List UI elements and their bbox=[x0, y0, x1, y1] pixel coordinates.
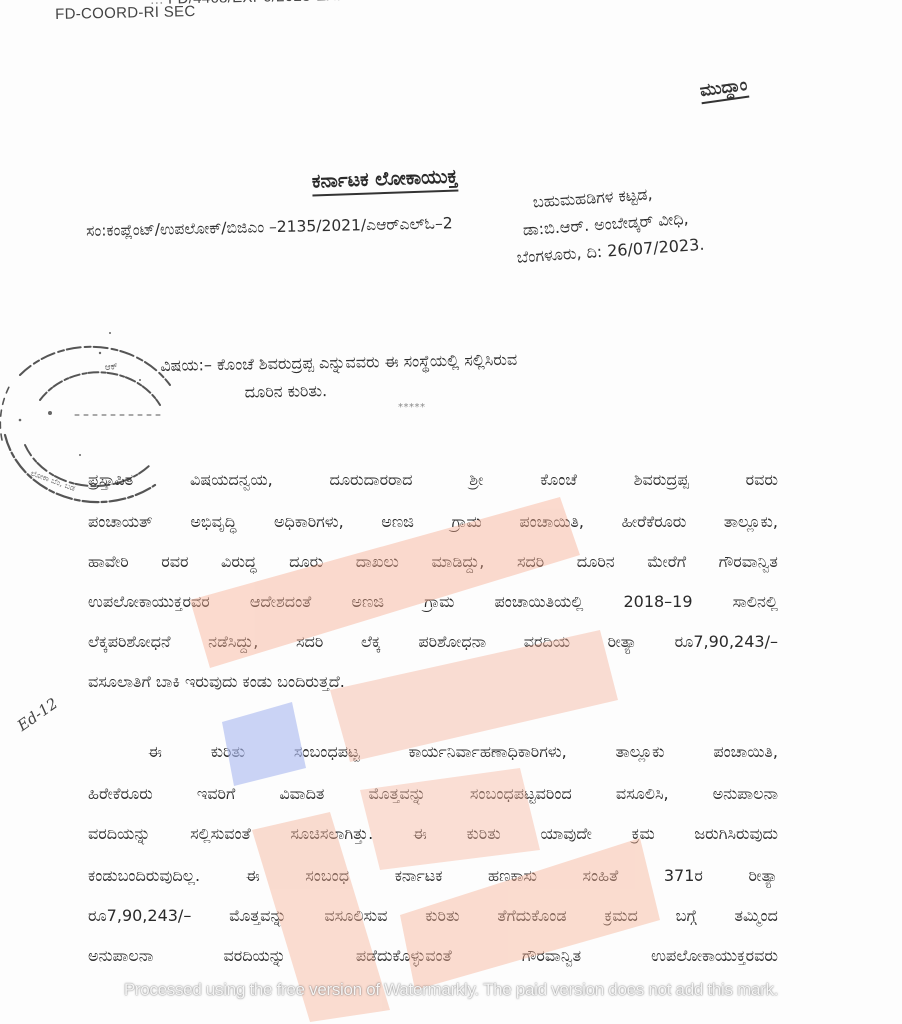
paragraph-line: ವರದಿಯನ್ನುಸಲ್ಲಿಸುವಂತೆಸೂಚಿಸಲಾಗಿತ್ತು.ಈಕುರಿತ… bbox=[88, 824, 778, 844]
paragraph-line: ಕಂಡುಬಂದಿರುವುದಿಲ್ಲ.ಈಸಂಬಂಧಕರ್ನಾಟಕಹಣಕಾಸುಸಂಹ… bbox=[88, 866, 778, 886]
watermark-footer-text: Processed using the free version of Wate… bbox=[0, 980, 902, 1000]
paragraph-line: ಹಿರೇಕೆರೂರುಇವರಿಗೆವಿವಾದಿತಮೊತ್ತವನ್ನುಸಂಬಂಧಪಟ… bbox=[88, 784, 778, 804]
separator-stars: ***** bbox=[398, 402, 426, 413]
paragraph-line: ಅನುಪಾಲನಾವರದಿಯನ್ನುಪಡೆದುಕೊಳ್ಳುವಂತೆಗೌರವಾನ್ವ… bbox=[88, 946, 778, 966]
subject-text: ಕೊಂಚೆ ಶಿವರುದ್ರಪ್ಪ ಎನ್ನುವವರು ಈ ಸಂಸ್ಥೆಯಲ್ಲ… bbox=[217, 350, 517, 374]
paragraph-line: ರೂ7,90,243/–ಮೊತ್ತವನ್ನುವಸೂಲಿಸುವಕುರಿತುತೆಗೆ… bbox=[88, 906, 778, 926]
paragraph-line: ಉಪಲೋಕಾಯುಕ್ತರವರಆದೇಶದಂತೆಅಣಜಿಗ್ರಾಮಪಂಚಾಯಿತಿಯ… bbox=[88, 592, 778, 612]
paragraph-line: ಈಕುರಿತುಸಂಬಂಧಪಟ್ಟಕಾರ್ಯನಿರ್ವಾಹಣಾಧಿಕಾರಿಗಳು,… bbox=[148, 742, 778, 762]
paragraph-line: ಪಂಚಾಯತ್ಅಭಿವೃದ್ಧಿಅಧಿಕಾರಿಗಳು,ಅಣಜಿಗ್ರಾಮಪಂಚಾ… bbox=[88, 512, 778, 532]
organization-title: ಕರ್ನಾಟಕ ಲೋಕಾಯುಕ್ತ bbox=[312, 165, 459, 196]
paragraph-line: ಲೆಕ್ಕಪರಿಶೋಧನೆನಡೆಸಿದ್ದು,ಸದರಿಲೆಕ್ಕಪರಿಶೋಧನಾ… bbox=[88, 632, 778, 652]
file-reference-line2: FD-COORD-RI SEC bbox=[55, 3, 196, 23]
paragraph-line: ವಸೂಲಾತಿಗೆ ಬಾಕಿ ಇರುವುದು ಕಂಡು ಬಂದಿರುತ್ತದೆ. bbox=[88, 672, 345, 692]
handwritten-note: Ed-12 bbox=[14, 694, 61, 734]
paragraph-line: ಹಾವೇರಿರವರವಿರುದ್ಧದೂರುದಾಖಲುಮಾಡಿದ್ದು,ಸದರಿದೂ… bbox=[88, 552, 778, 572]
file-reference-number: FD/4468/EXP6/2023-EXP6-FINANCE bbox=[168, 0, 429, 8]
subject-block: ವಿಷಯ:– ಕೊಂಚೆ ಶಿವರುದ್ರಪ್ಪ ಎನ್ನುವವರು ಈ ಸಂಸ… bbox=[160, 346, 518, 408]
reference-number: ಸಂ:ಕಂಪ್ಲೆಂಟ್/ಉಪಲೋಕ್/ಬಿಜಿಎಂ –2135/2021/ಎಆ… bbox=[86, 214, 453, 241]
scanned-letter-page: ... FD/4468/EXP6/2023-EXP6-FINANCE FD-CO… bbox=[0, 0, 902, 1024]
paragraph-line: ಪ್ರಸ್ತಾಪಿತವಿಷಯದನ್ವಯ,ದೂರುದಾರರಾದಶ್ರೀಕೊಂಚೆಶ… bbox=[88, 470, 778, 490]
svg-text:ಆಕ್: ಆಕ್ bbox=[104, 362, 118, 373]
seal-label: ಮುದ್ದಾಂ bbox=[699, 75, 749, 104]
address-block: ಬಹುಮಹಡಿಗಳ ಕಟ್ಟಡ, ಡಾ:ಬಿ.ಆರ್. ಅಂಬೇಡ್ಕರ್ ವೀ… bbox=[512, 177, 705, 271]
subject-label: ವಿಷಯ:– bbox=[160, 355, 212, 375]
